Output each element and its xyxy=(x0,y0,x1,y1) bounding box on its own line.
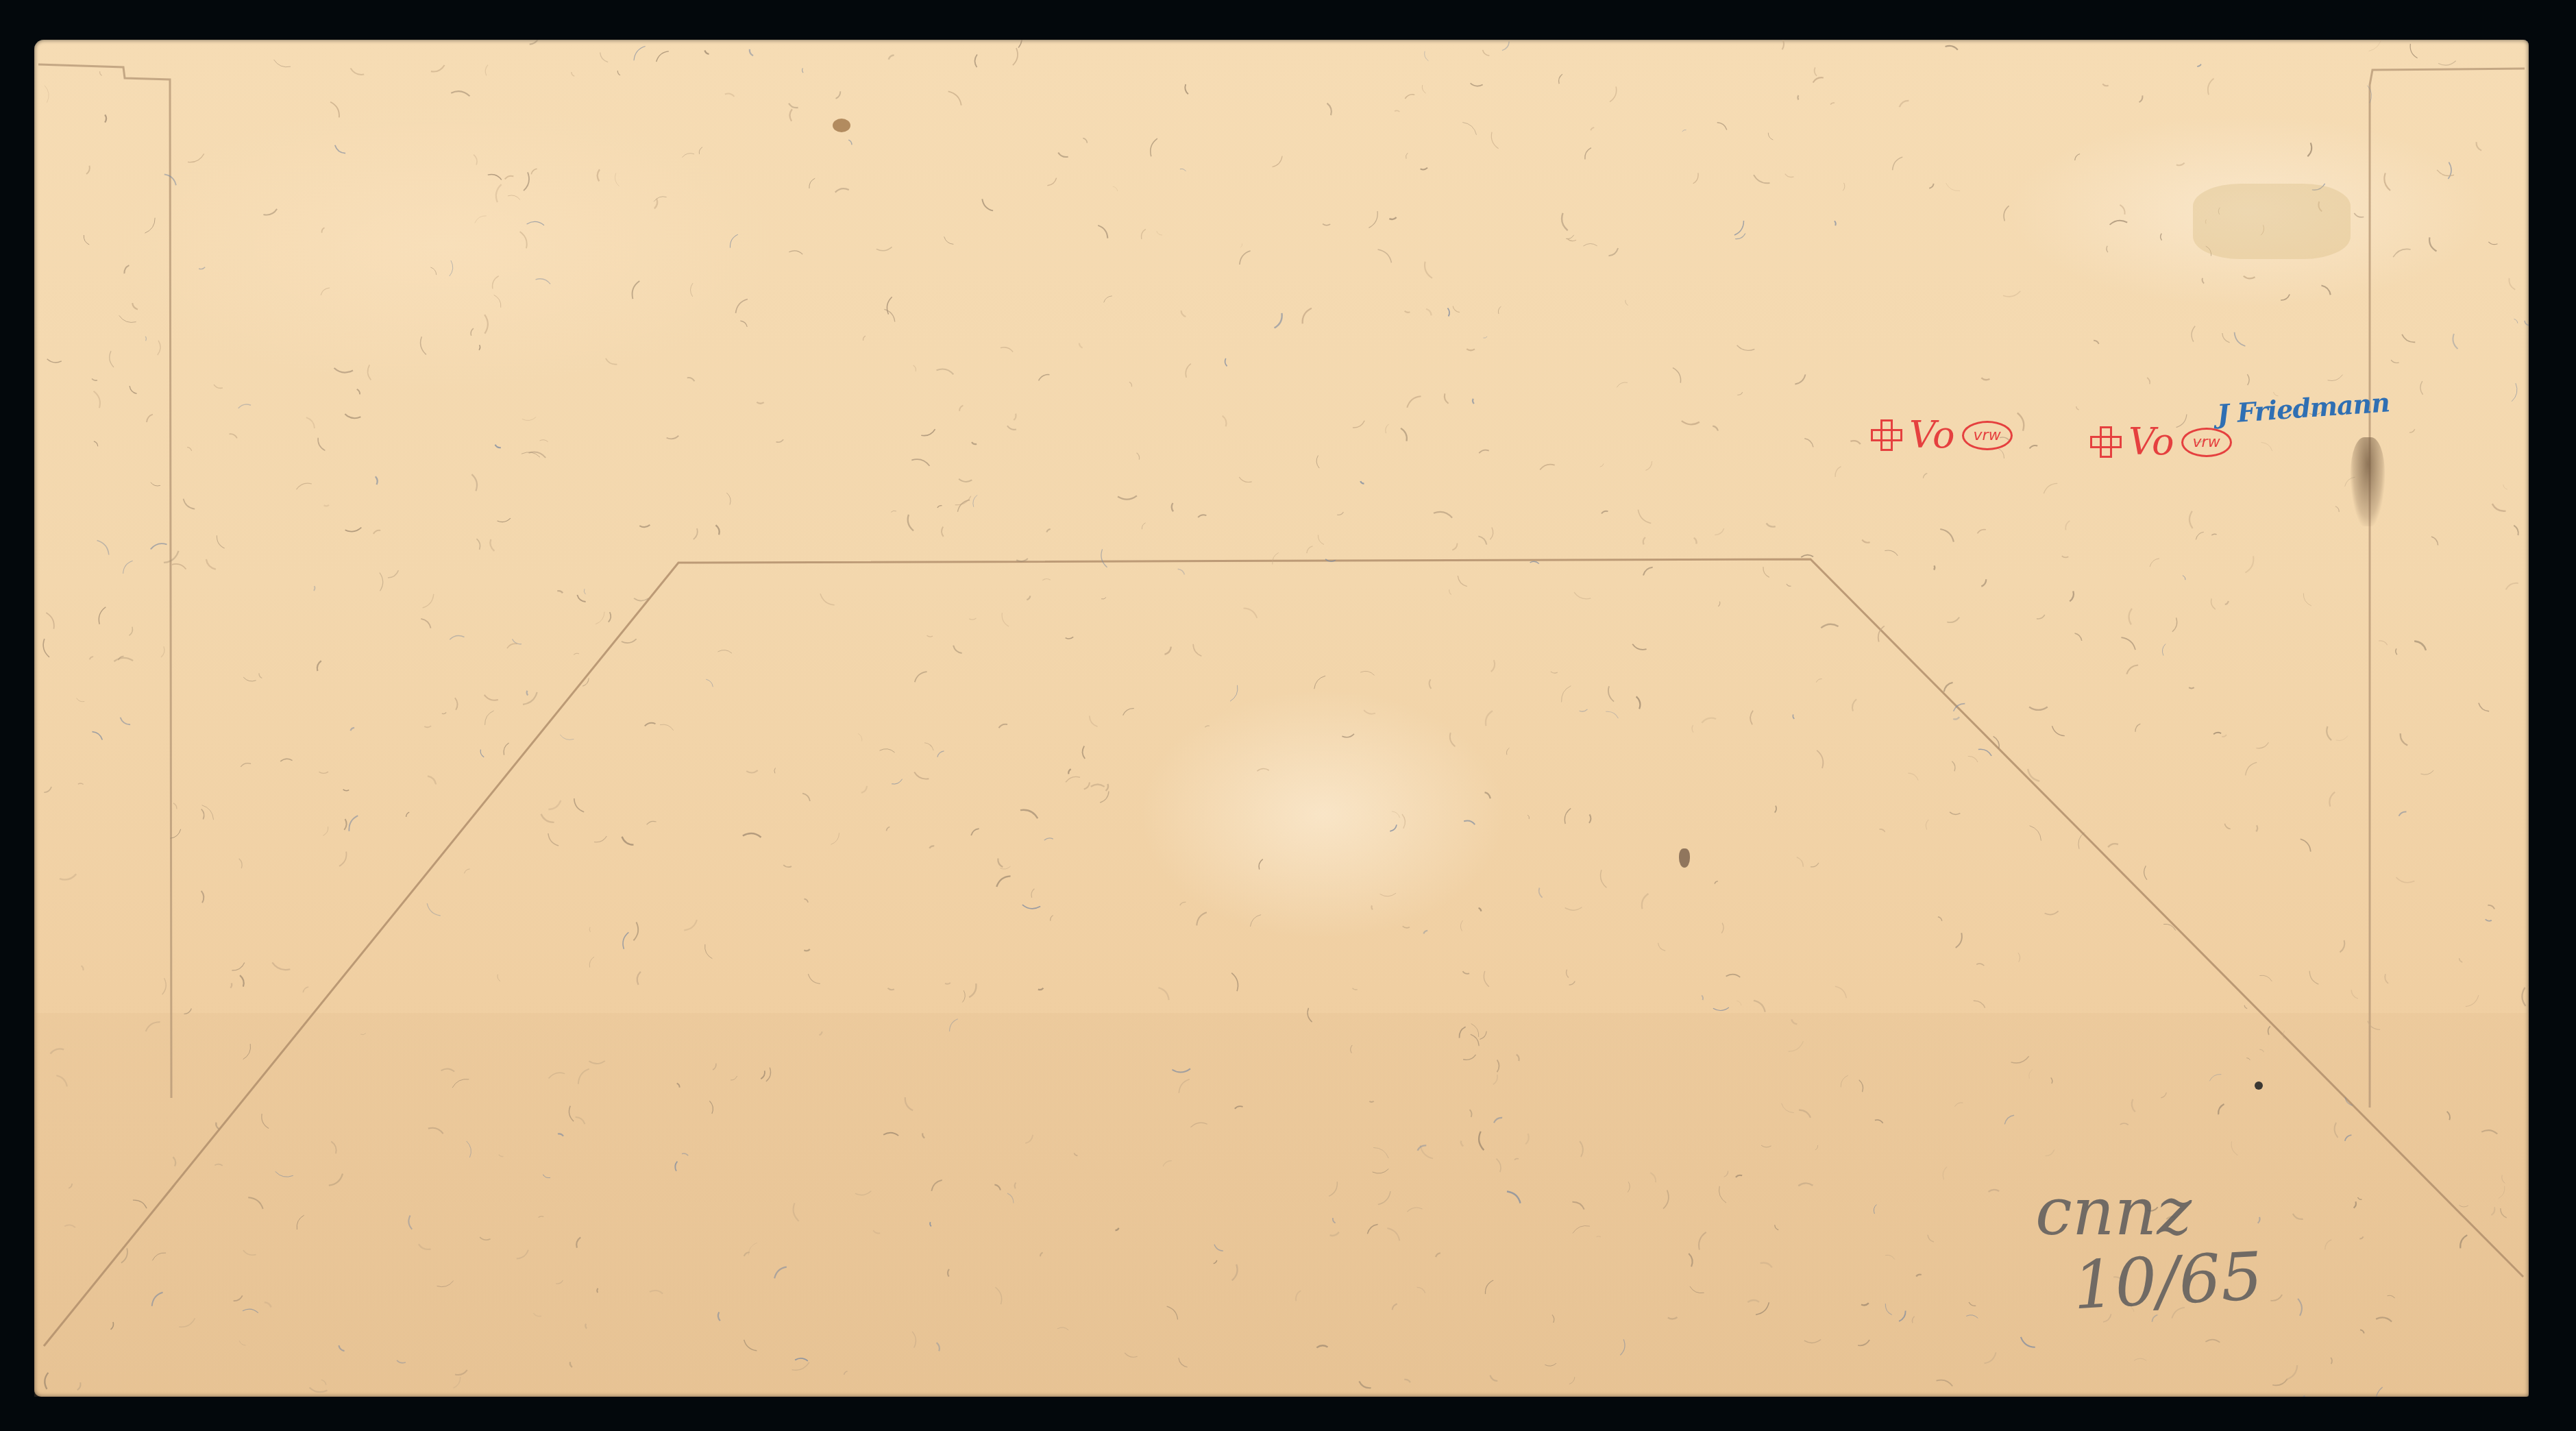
expert-mark: Vo vrw xyxy=(1871,417,2013,454)
stain xyxy=(2255,1081,2263,1090)
expert-oval: vrw xyxy=(1962,421,2013,450)
expert-oval: vrw xyxy=(2181,428,2232,457)
swiss-cross-icon xyxy=(2090,426,2122,458)
pencil-note-line2: 10/65 xyxy=(2072,1242,2265,1321)
expert-signature: Vo xyxy=(1909,417,1955,454)
pencil-note: cnnz 10/65 xyxy=(2035,1177,2263,1316)
glue-stain xyxy=(2193,184,2351,259)
stain xyxy=(1679,848,1690,868)
expert-mark: Vo vrw xyxy=(2090,424,2232,461)
stain xyxy=(833,119,850,132)
envelope-back: Vo vrw Vo vrw J Friedmann cnnz 10/65 xyxy=(34,40,2529,1397)
blue-signature: J Friedmann xyxy=(2216,387,2390,429)
expert-signature: Vo xyxy=(2129,424,2174,461)
pencil-note-line1: cnnz xyxy=(2035,1173,2192,1250)
smudge xyxy=(2351,437,2385,526)
swiss-cross-icon xyxy=(1871,419,1902,451)
